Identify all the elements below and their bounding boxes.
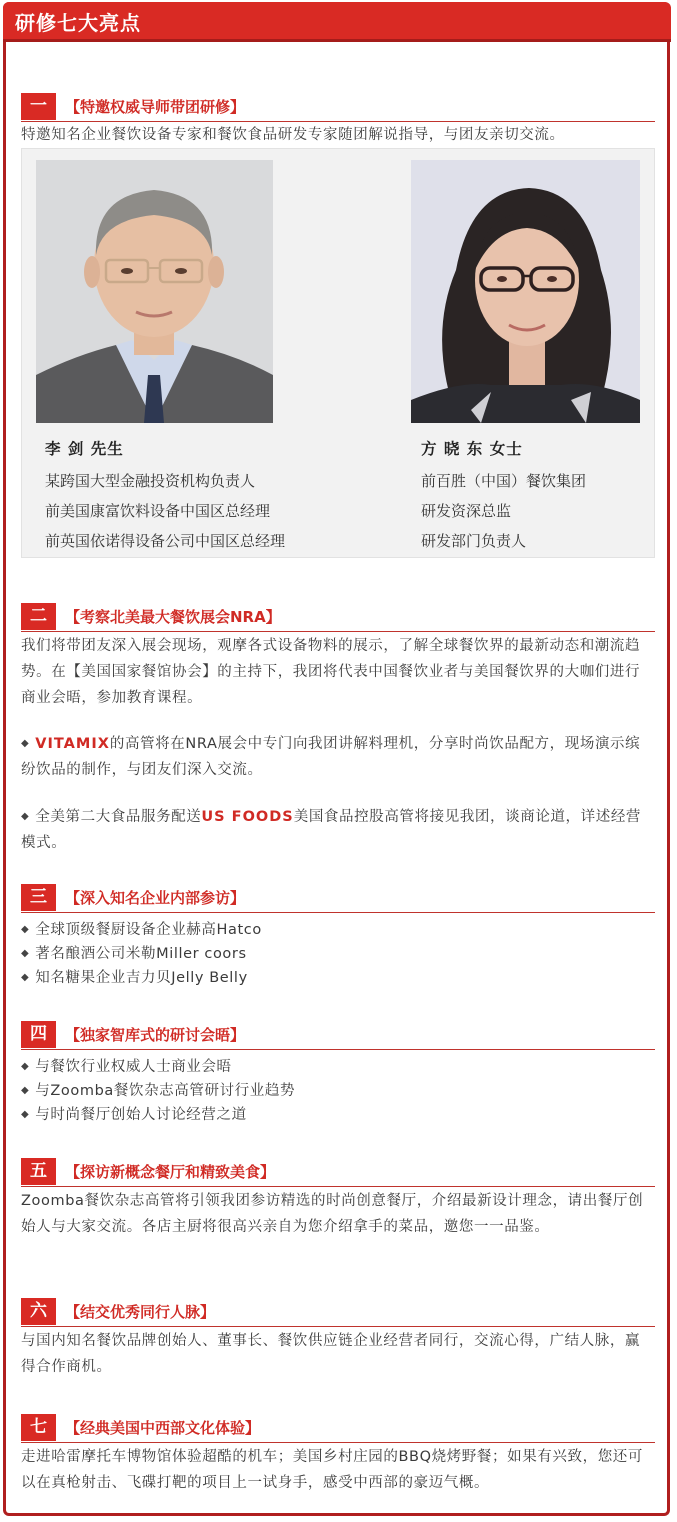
section-7-heading: 七 【经典美国中西部文化体验】	[21, 1414, 655, 1443]
mentor-1-title: 某跨国大型金融投资机构负责人	[45, 470, 255, 491]
brand-highlight: US FOODS	[201, 809, 293, 825]
section-title: 【探访新概念餐厅和精致美食】	[65, 1161, 275, 1182]
list-item: ◆全球顶级餐厨设备企业赫高Hatco	[21, 918, 655, 939]
section-number: 一	[21, 93, 56, 120]
section-1-text: 特邀知名企业餐饮设备专家和餐饮食品研发专家随团解说指导，与团友亲切交流。	[21, 122, 655, 148]
diamond-bullet-icon: ◆	[21, 738, 29, 749]
section-number: 四	[21, 1021, 56, 1048]
diamond-bullet-icon: ◆	[21, 948, 29, 959]
page-title: 研修七大亮点	[15, 7, 141, 36]
mentor-1-title: 前英国依诺得设备公司中国区总经理	[45, 530, 285, 551]
section-6-text: 与国内知名餐饮品牌创始人、董事长、餐饮供应链企业经营者同行，交流心得，广结人脉，…	[21, 1328, 655, 1380]
list-item: ◆与Zoomba餐饮杂志高管研讨行业趋势	[21, 1079, 655, 1100]
section-7-text: 走进哈雷摩托车博物馆体验超酷的机车；美国乡村庄园的BBQ烧烤野餐；如果有兴致，您…	[21, 1444, 655, 1496]
section-title: 【结交优秀同行人脉】	[65, 1301, 215, 1322]
section-number: 七	[21, 1414, 56, 1441]
mentor-2-name: 方 晓 东 女士	[421, 437, 523, 459]
diamond-bullet-icon: ◆	[21, 811, 29, 822]
list-item: ◆著名酿酒公司米勒Miller coors	[21, 942, 655, 963]
mentor-2-title: 研发资深总监	[421, 500, 511, 521]
section-2-heading: 二 【考察北美最大餐饮展会NRA】	[21, 603, 655, 632]
section-1-heading: 一 【特邀权威导师带团研修】	[21, 93, 655, 122]
mentor-2-title: 研发部门负责人	[421, 530, 526, 551]
section-2-bullet: ◆全美第二大食品服务配送US FOODS美国食品控股高管将接见我团，谈商论道，详…	[21, 804, 655, 856]
list-item: ◆知名糖果企业吉力贝Jelly Belly	[21, 966, 655, 987]
section-3-heading: 三 【深入知名企业内部参访】	[21, 884, 655, 913]
section-number: 五	[21, 1158, 56, 1185]
diamond-bullet-icon: ◆	[21, 1085, 29, 1096]
diamond-bullet-icon: ◆	[21, 1061, 29, 1072]
section-number: 三	[21, 884, 56, 911]
mentor-photo-male	[36, 160, 273, 423]
list-item: ◆与餐饮行业权威人士商业会晤	[21, 1055, 655, 1076]
diamond-bullet-icon: ◆	[21, 924, 29, 935]
section-title: 【考察北美最大餐饮展会NRA】	[65, 606, 281, 627]
diamond-bullet-icon: ◆	[21, 1109, 29, 1120]
section-title: 【深入知名企业内部参访】	[65, 887, 245, 908]
header-bar: 研修七大亮点	[3, 2, 671, 42]
section-5-heading: 五 【探访新概念餐厅和精致美食】	[21, 1158, 655, 1187]
mentor-profiles: 李 剑 先生 某跨国大型金融投资机构负责人 前美国康富饮料设备中国区总经理 前英…	[21, 148, 655, 558]
mentor-1-name: 李 剑 先生	[45, 437, 124, 459]
diamond-bullet-icon: ◆	[21, 972, 29, 983]
female-portrait-icon	[411, 160, 640, 423]
section-2-text: 我们将带团友深入展会现场，观摩各式设备物料的展示，了解全球餐饮界的最新动态和潮流…	[21, 633, 655, 711]
mentor-2-title: 前百胜（中国）餐饮集团	[421, 470, 586, 491]
list-item: ◆与时尚餐厅创始人讨论经营之道	[21, 1103, 655, 1124]
brand-highlight: VITAMIX	[35, 736, 110, 752]
section-number: 二	[21, 603, 56, 630]
mentor-1-title: 前美国康富饮料设备中国区总经理	[45, 500, 270, 521]
section-title: 【特邀权威导师带团研修】	[65, 96, 245, 117]
section-number: 六	[21, 1298, 56, 1325]
section-title: 【独家智库式的研讨会晤】	[65, 1024, 245, 1045]
section-2-bullet: ◆VITAMIX的高管将在NRA展会中专门向我团讲解料理机，分享时尚饮品配方，现…	[21, 731, 655, 783]
section-title: 【经典美国中西部文化体验】	[65, 1417, 260, 1438]
section-5-text: Zoomba餐饮杂志高管将引领我团参访精选的时尚创意餐厅，介绍最新设计理念，请出…	[21, 1188, 655, 1240]
mentor-photo-female	[411, 160, 640, 423]
section-6-heading: 六 【结交优秀同行人脉】	[21, 1298, 655, 1327]
male-portrait-icon	[36, 160, 273, 423]
section-4-heading: 四 【独家智库式的研讨会晤】	[21, 1021, 655, 1050]
